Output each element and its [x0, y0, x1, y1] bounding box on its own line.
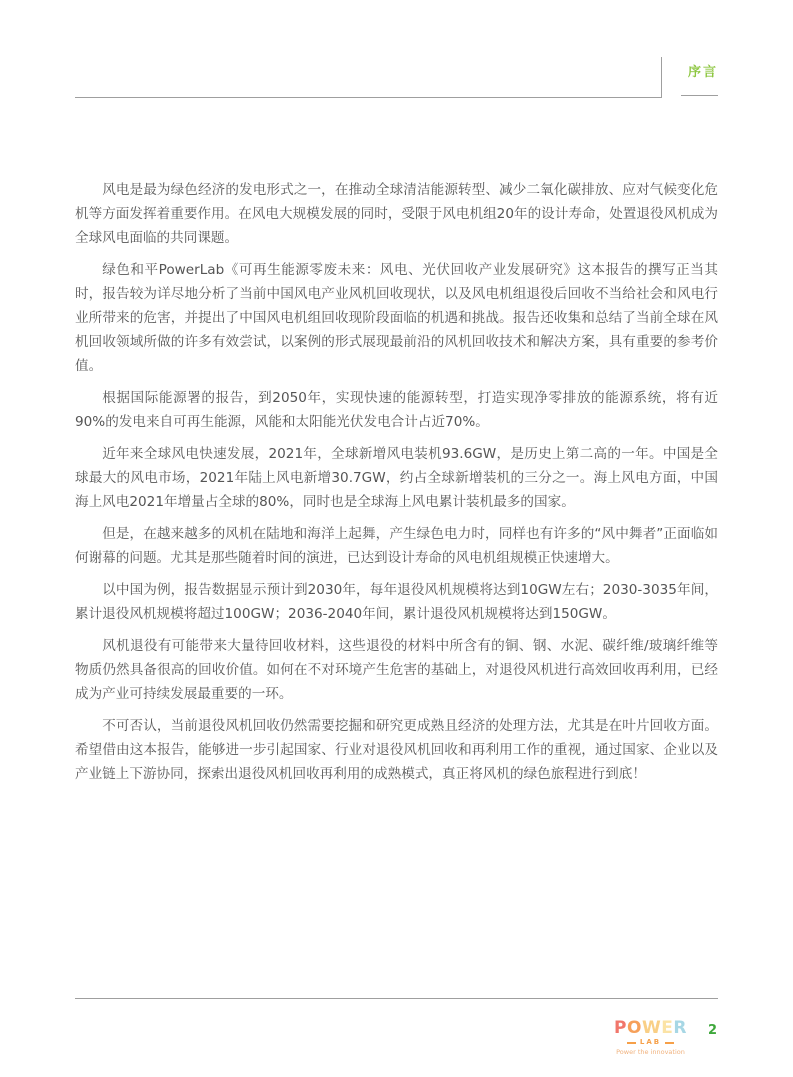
preface-paragraph: 风电是最为绿色经济的发电形式之一，在推动全球清洁能源转型、减少二氧化碳排放、应对…	[75, 178, 718, 250]
preface-paragraph: 以中国为例，报告数据显示预计到2030年，每年退役风机规模将达到10GW左右；2…	[75, 578, 718, 626]
powerlab-logo: POWER LAB Power the innovation	[614, 1020, 687, 1056]
logo-letter: P	[614, 1018, 627, 1038]
powerlab-logo-lab: LAB	[640, 1039, 661, 1046]
preface-page: 序言 风电是最为绿色经济的发电形式之一，在推动全球清洁能源转型、减少二氧化碳排放…	[0, 0, 793, 1077]
logo-letter: R	[673, 1018, 687, 1038]
logo-letter: O	[627, 1018, 642, 1038]
powerlab-logo-sub: LAB	[627, 1039, 674, 1046]
logo-letter: E	[661, 1018, 673, 1038]
footer-horizontal-rule	[75, 998, 718, 999]
preface-paragraph: 但是，在越来越多的风机在陆地和海洋上起舞，产生绿色电力时，同样也有许多的“风中舞…	[75, 522, 718, 570]
preface-paragraph: 不可否认，当前退役风机回收仍然需要挖掘和研究更成熟且经济的处理方法，尤其是在叶片…	[75, 714, 718, 786]
preface-paragraph: 根据国际能源署的报告，到2050年，实现快速的能源转型，打造实现净零排放的能源系…	[75, 386, 718, 434]
page-number: 2	[708, 1023, 717, 1038]
preface-paragraph: 近年来全球风电快速发展，2021年，全球新增风电装机93.6GW，是历史上第二高…	[75, 442, 718, 514]
logo-dash-icon	[665, 1042, 674, 1044]
section-label-underline	[681, 95, 718, 96]
logo-dash-icon	[627, 1042, 636, 1044]
section-label: 序言	[688, 61, 718, 80]
powerlab-logo-tagline: Power the innovation	[616, 1049, 685, 1056]
header-vertical-rule	[661, 57, 662, 98]
footer: POWER LAB Power the innovation 2	[614, 1020, 717, 1056]
preface-paragraph: 风机退役有可能带来大量待回收材料，这些退役的材料中所含有的铜、钢、水泥、碳纤维/…	[75, 634, 718, 706]
logo-letter: W	[642, 1018, 661, 1038]
preface-paragraph: 绿色和平PowerLab《可再生能源零废未来：风电、光伏回收产业发展研究》这本报…	[75, 258, 718, 378]
powerlab-logo-word: POWER	[614, 1020, 687, 1037]
header-horizontal-rule	[75, 97, 661, 98]
preface-body: 风电是最为绿色经济的发电形式之一，在推动全球清洁能源转型、减少二氧化碳排放、应对…	[75, 178, 718, 794]
